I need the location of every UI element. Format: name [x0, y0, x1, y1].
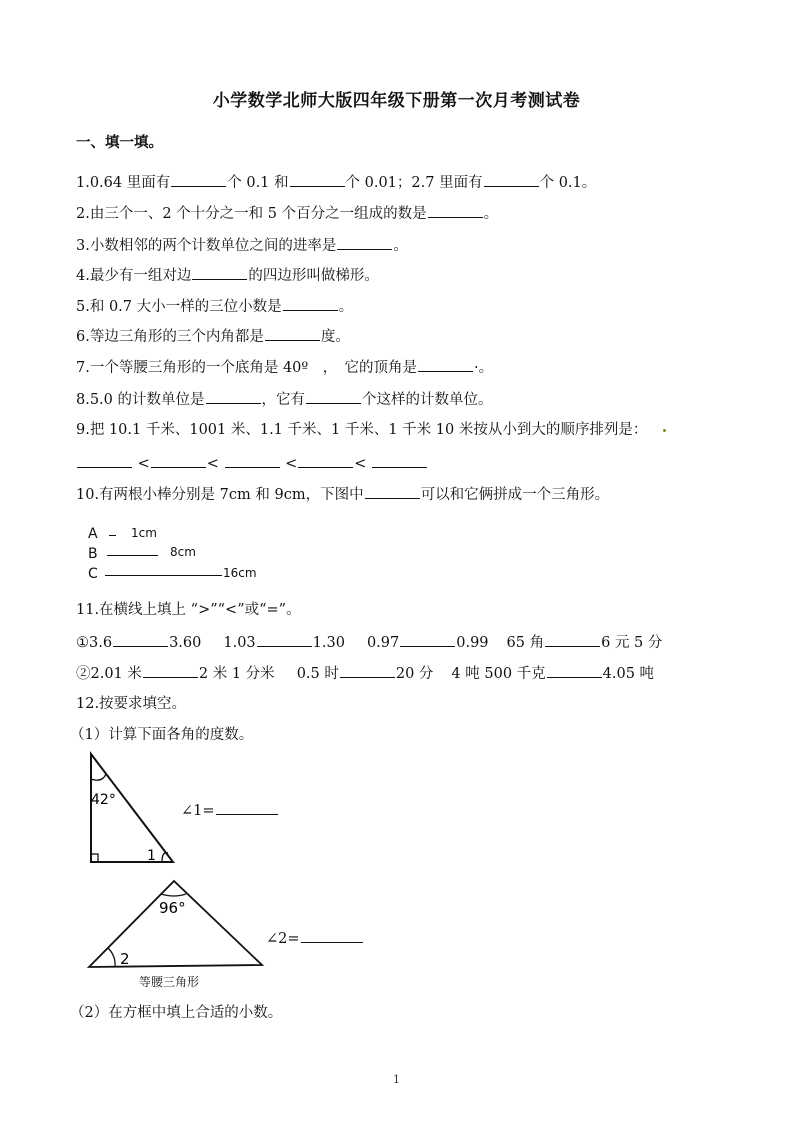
compare-left: ②2.01 米 — [76, 666, 142, 682]
question-12-part-2: （2）在方框中填上合适的小数。 — [70, 1003, 282, 1023]
compare-right: 0.99 — [456, 635, 488, 651]
q1-text: 个 0.1 和 — [227, 175, 288, 191]
compare-right: 6 元 5 分 — [601, 635, 662, 651]
q2-text: 2.由三个一、2 个十分之一和 5 个百分之一组成的数是 — [76, 206, 427, 222]
question-9-answers: << << — [76, 453, 428, 474]
compare-right: 2 米 1 分米 — [199, 666, 275, 682]
question-4: 4.最少有一组对边的四边形叫做梯形。 — [76, 265, 379, 286]
question-11-row-1: ①3.63.601.031.300.970.9965 角6 元 5 分 — [76, 632, 662, 653]
stick-a-label: A — [88, 526, 98, 542]
answer-blank[interactable] — [77, 453, 132, 468]
answer-blank[interactable] — [301, 928, 363, 943]
page-number: 1 — [0, 1073, 793, 1086]
stick-a-line — [109, 535, 116, 536]
angle-42-label: 42° — [91, 792, 116, 808]
question-5: 5.和 0.7 大小一样的三位小数是。 — [76, 296, 353, 317]
question-11-row-2: ②2.01 米2 米 1 分米0.5 时20 分4 吨 500 千克4.05 吨 — [76, 663, 654, 684]
question-11: 11.在横线上填上 “>”“<”或“=”。 — [76, 600, 301, 620]
q9-text: 9.把 10.1 千米、1001 米、1.1 千米、1 千米、1 千米 10 米… — [76, 422, 647, 438]
answer-blank[interactable] — [337, 235, 392, 250]
compare-right: 1.30 — [313, 635, 345, 651]
question-7: 7.一个等腰三角形的一个底角是 40º ， 它的顶角是·。 — [76, 357, 493, 378]
less-than: < — [138, 456, 150, 472]
q8-text: 8.5.0 的计数单位是 — [76, 392, 205, 408]
q10-text: 10.有两根小棒分别是 7cm 和 9cm，下图中 — [76, 487, 364, 503]
q7-text: 7.一个等腰三角形的一个底角是 40º ， 它的顶角是 — [76, 360, 417, 376]
question-3: 3.小数相邻的两个计数单位之间的进率是。 — [76, 235, 408, 256]
less-than: < — [354, 456, 366, 472]
angle-2-label: 2 — [120, 950, 130, 968]
q1-text: 个 0.01；2.7 里面有 — [346, 175, 483, 191]
answer-blank[interactable] — [365, 484, 420, 499]
angle-1-label: ∠1= — [181, 803, 215, 819]
q1-text: 1.0.64 里面有 — [76, 175, 170, 191]
answer-blank[interactable] — [283, 296, 338, 311]
q10-text: 可以和它俩拼成一个三角形。 — [421, 487, 610, 503]
answer-blank[interactable] — [265, 326, 320, 341]
answer-blank[interactable] — [206, 389, 261, 404]
page-title: 小学数学北师大版四年级下册第一次月考测试卷 — [0, 86, 793, 111]
angle-96-label: 96° — [159, 899, 186, 917]
q1-text: 个 0.1。 — [540, 175, 597, 191]
angle-1-label: 1 — [147, 848, 156, 864]
compare-left: 1.03 — [223, 635, 255, 651]
answer-blank[interactable] — [306, 389, 361, 404]
question-12: 12.按要求填空。 — [76, 694, 186, 714]
answer-blank[interactable] — [216, 800, 278, 815]
q12-text: 12.按要求填空。 — [76, 696, 186, 712]
compare-left: 0.97 — [367, 635, 399, 651]
question-10: 10.有两根小棒分别是 7cm 和 9cm，下图中可以和它俩拼成一个三角形。 — [76, 484, 609, 505]
q8-text: ，它有 — [262, 392, 306, 408]
q8-text: 个这样的计数单位。 — [362, 392, 493, 408]
question-2: 2.由三个一、2 个十分之一和 5 个百分之一组成的数是。 — [76, 203, 498, 224]
q3-text: 3.小数相邻的两个计数单位之间的进率是 — [76, 238, 336, 254]
compare-left: 0.5 时 — [297, 666, 339, 682]
isosceles-triangle-figure: 96° 2 — [86, 876, 271, 971]
compare-left: 65 角 — [507, 635, 545, 651]
answer-blank[interactable] — [290, 172, 345, 187]
triangle-caption: 等腰三角形 — [139, 973, 199, 990]
compare-right: 3.60 — [169, 635, 201, 651]
answer-blank[interactable] — [547, 663, 602, 678]
answer-blank[interactable] — [545, 632, 600, 647]
right-triangle-figure: 42° 1 — [86, 750, 186, 870]
answer-blank[interactable] — [113, 632, 168, 647]
question-12-part-1: （1）计算下面各角的度数。 — [70, 725, 253, 745]
answer-blank[interactable] — [225, 453, 280, 468]
answer-blank[interactable] — [151, 453, 206, 468]
q12-part1-text: （1）计算下面各角的度数。 — [70, 727, 253, 743]
sticks-figure: A 1cm B 8cm C 16cm — [88, 522, 288, 584]
angle-2-answer: ∠2= — [266, 928, 364, 949]
stick-c-length: 16cm — [223, 566, 257, 580]
less-than: < — [207, 456, 219, 472]
q5-text: 5.和 0.7 大小一样的三位小数是 — [76, 299, 282, 315]
stick-c-label: C — [88, 566, 98, 582]
stick-b-length: 8cm — [170, 545, 196, 559]
q3-text: 。 — [393, 238, 408, 254]
answer-blank[interactable] — [340, 663, 395, 678]
question-6: 6.等边三角形的三个内角都是度。 — [76, 326, 350, 347]
question-8: 8.5.0 的计数单位是，它有个这样的计数单位。 — [76, 389, 493, 410]
question-1: 1.0.64 里面有个 0.1 和个 0.01；2.7 里面有个 0.1。 — [76, 172, 596, 193]
angle-2-label: ∠2= — [266, 931, 300, 947]
q4-text: 的四边形叫做梯形。 — [248, 268, 379, 284]
q2-text: 。 — [484, 206, 499, 222]
answer-blank[interactable] — [143, 663, 198, 678]
answer-blank[interactable] — [372, 453, 427, 468]
section-heading: 一、填一填。 — [76, 131, 163, 152]
angle-1-answer: ∠1= — [181, 800, 279, 821]
stick-b-label: B — [88, 546, 98, 562]
answer-blank[interactable] — [298, 453, 353, 468]
answer-blank[interactable] — [171, 172, 226, 187]
answer-blank[interactable] — [484, 172, 539, 187]
answer-blank[interactable] — [418, 357, 473, 372]
q4-text: 4.最少有一组对边 — [76, 268, 191, 284]
answer-blank[interactable] — [400, 632, 455, 647]
stick-c-line — [105, 575, 222, 576]
compare-left: 4 吨 500 千克 — [451, 666, 545, 682]
stray-dot — [663, 429, 666, 432]
compare-right: 20 分 — [396, 666, 434, 682]
q6-text: 6.等边三角形的三个内角都是 — [76, 329, 264, 345]
question-9: 9.把 10.1 千米、1001 米、1.1 千米、1 千米、1 千米 10 米… — [76, 420, 666, 440]
q6-text: 度。 — [321, 329, 350, 345]
answer-blank[interactable] — [428, 203, 483, 218]
less-than: < — [285, 456, 297, 472]
stick-b-line — [107, 555, 158, 556]
compare-right: 4.05 吨 — [603, 666, 654, 682]
answer-blank[interactable] — [257, 632, 312, 647]
q7-text: ·。 — [474, 360, 493, 376]
q12-part2-text: （2）在方框中填上合适的小数。 — [70, 1005, 282, 1021]
stick-a-length: 1cm — [131, 526, 157, 540]
answer-blank[interactable] — [192, 265, 247, 280]
compare-left: ①3.6 — [76, 635, 112, 651]
q11-text: 11.在横线上填上 “>”“<”或“=”。 — [76, 602, 301, 618]
q5-text: 。 — [339, 299, 354, 315]
